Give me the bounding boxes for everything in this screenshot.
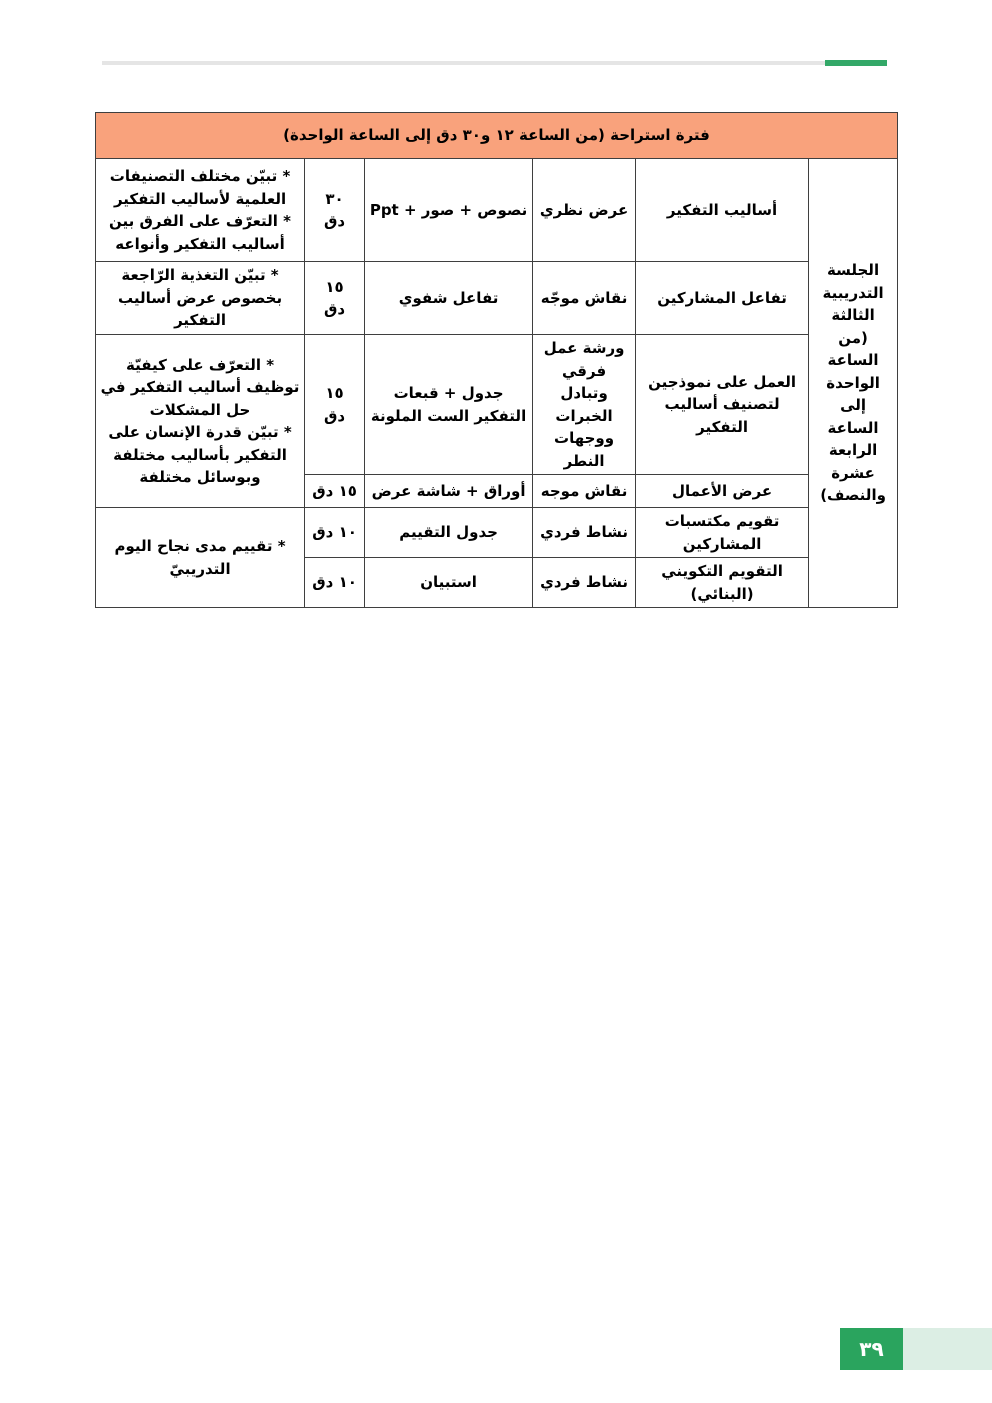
content-cell-row6: التقويم التكويني (البنائي) (636, 558, 809, 608)
duration-cell-row3: ١٥ دق (305, 335, 365, 475)
activity-cell-row3: ورشة عمل فرقي وتبادل الخبرات ووجهات النط… (533, 335, 636, 475)
activity-cell-row6: نشاط فردي (533, 558, 636, 608)
objectives-cell-row1: * تبيّن مختلف التصنيفات العلمية لأساليب … (96, 159, 305, 262)
header-divider-green-accent (825, 60, 887, 66)
header-divider-rule (102, 61, 887, 65)
document-page: فترة استراحة (من الساعة ١٢ و٣٠ دق إلى ال… (0, 0, 992, 1403)
means-cell-row5: جدول التقييم (365, 508, 533, 558)
means-cell-row4: أوراق + شاشة عرض (365, 475, 533, 508)
objectives-cell-rows5-6: * تقييم مدى نجاح اليوم التدريبيّ (96, 508, 305, 608)
activity-cell-row4: نقاش موجه (533, 475, 636, 508)
objectives-cell-rows3-4: * التعرّف على كيفيّة توظيف أساليب التفكي… (96, 335, 305, 508)
activity-cell-row2: نقاش موجّه (533, 262, 636, 335)
activity-cell-row1: عرض نظري (533, 159, 636, 262)
content-cell-row1: أساليب التفكير (636, 159, 809, 262)
table-row: تقويم مكتسبات المشاركين نشاط فردي جدول ا… (96, 508, 898, 558)
content-cell-row4: عرض الأعمال (636, 475, 809, 508)
table-row: العمل على نموذجين لتصنيف أساليب التفكير … (96, 335, 898, 475)
means-cell-row3: جدول + قبعات التفكير الست الملونة (365, 335, 533, 475)
table-row: الجلسة التدريبية الثالثة (من الساعة الوا… (96, 159, 898, 262)
training-session-schedule-table: فترة استراحة (من الساعة ١٢ و٣٠ دق إلى ال… (95, 112, 898, 608)
activity-cell-row5: نشاط فردي (533, 508, 636, 558)
means-cell-row6: استبيان (365, 558, 533, 608)
objectives-cell-row2: * تبيّن التغذية الرّاجعة بخصوص عرض أسالي… (96, 262, 305, 335)
page-number: ٣٩ (859, 1337, 883, 1361)
duration-cell-row2: ١٥ دق (305, 262, 365, 335)
duration-cell-row4: ١٥ دق (305, 475, 365, 508)
means-cell-row2: تفاعل شفوي (365, 262, 533, 335)
content-cell-row3: العمل على نموذجين لتصنيف أساليب التفكير (636, 335, 809, 475)
duration-cell-row6: ١٠ دق (305, 558, 365, 608)
page-number-badge: ٣٩ (840, 1328, 903, 1370)
page-number-accent-bar (903, 1328, 992, 1370)
means-cell-row1: Ppt + نصوص + صور (365, 159, 533, 262)
break-period-row: فترة استراحة (من الساعة ١٢ و٣٠ دق إلى ال… (96, 113, 898, 159)
content-cell-row2: تفاعل المشاركين (636, 262, 809, 335)
break-period-header: فترة استراحة (من الساعة ١٢ و٣٠ دق إلى ال… (96, 113, 898, 159)
duration-cell-row1: ٣٠ دق (305, 159, 365, 262)
content-cell-row5: تقويم مكتسبات المشاركين (636, 508, 809, 558)
duration-cell-row5: ١٠ دق (305, 508, 365, 558)
session-title-cell: الجلسة التدريبية الثالثة (من الساعة الوا… (809, 159, 898, 608)
table-row: تفاعل المشاركين نقاش موجّه تفاعل شفوي ١٥… (96, 262, 898, 335)
